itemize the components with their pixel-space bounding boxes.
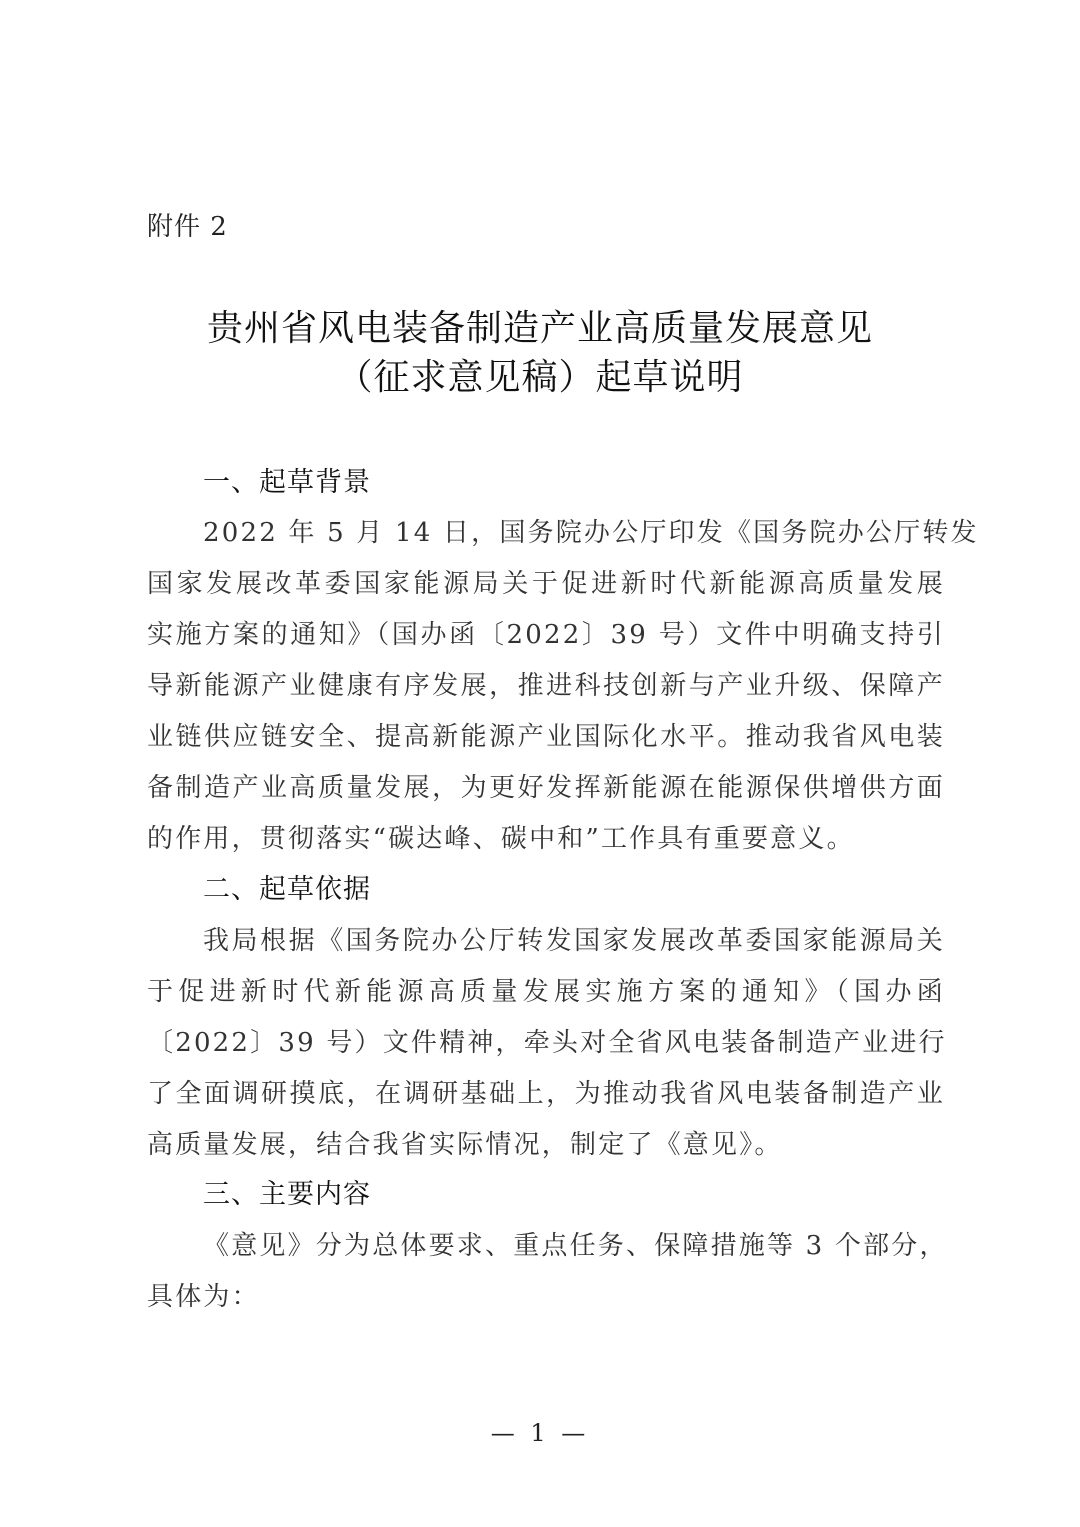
paragraph-line: 备制造产业高质量发展，为更好发挥新能源在能源保供增供方面 (147, 770, 945, 806)
paragraph-line: 业链供应链安全、提高新能源产业国际化水平。推动我省风电装 (147, 719, 945, 755)
paragraph-line: 《意见》分为总体要求、重点任务、保障措施等 3 个部分， (203, 1228, 945, 1264)
document-title-line-1: 贵州省风电装备制造产业高质量发展意见 (0, 303, 1080, 355)
section-heading-main-content: 三、主要内容 (203, 1177, 371, 1213)
paragraph-line: 国家发展改革委国家能源局关于促进新时代新能源高质量发展 (147, 566, 945, 602)
document-title-line-2: （征求意见稿）起草说明 (0, 352, 1080, 404)
attachment-label: 附件 2 (147, 210, 228, 244)
paragraph-line: 具体为： (147, 1279, 945, 1315)
section-heading-basis: 二、起草依据 (203, 872, 371, 908)
page-number: — 1 — (0, 1418, 1080, 1448)
paragraph-line: 我局根据《国务院办公厅转发国家发展改革委国家能源局关 (203, 923, 945, 959)
paragraph-line: 高质量发展，结合我省实际情况，制定了《意见》。 (147, 1127, 945, 1163)
paragraph-line: 于促进新时代新能源高质量发展实施方案的通知》（国办函 (147, 974, 945, 1010)
paragraph-line: 〔2022〕39 号）文件精神，牵头对全省风电装备制造产业进行 (147, 1025, 945, 1061)
paragraph-line: 实施方案的通知》（国办函〔2022〕39 号）文件中明确支持引 (147, 617, 945, 653)
paragraph-line: 的作用，贯彻落实“碳达峰、碳中和”工作具有重要意义。 (147, 821, 945, 857)
paragraph-line: 了全面调研摸底，在调研基础上，为推动我省风电装备制造产业 (147, 1076, 945, 1112)
section-heading-background: 一、起草背景 (203, 465, 371, 501)
document-page: 附件 2 贵州省风电装备制造产业高质量发展意见 （征求意见稿）起草说明 一、起草… (0, 0, 1080, 1527)
paragraph-line: 2022 年 5 月 14 日，国务院办公厅印发《国务院办公厅转发 (203, 515, 945, 551)
paragraph-line: 导新能源产业健康有序发展，推进科技创新与产业升级、保障产 (147, 668, 945, 704)
